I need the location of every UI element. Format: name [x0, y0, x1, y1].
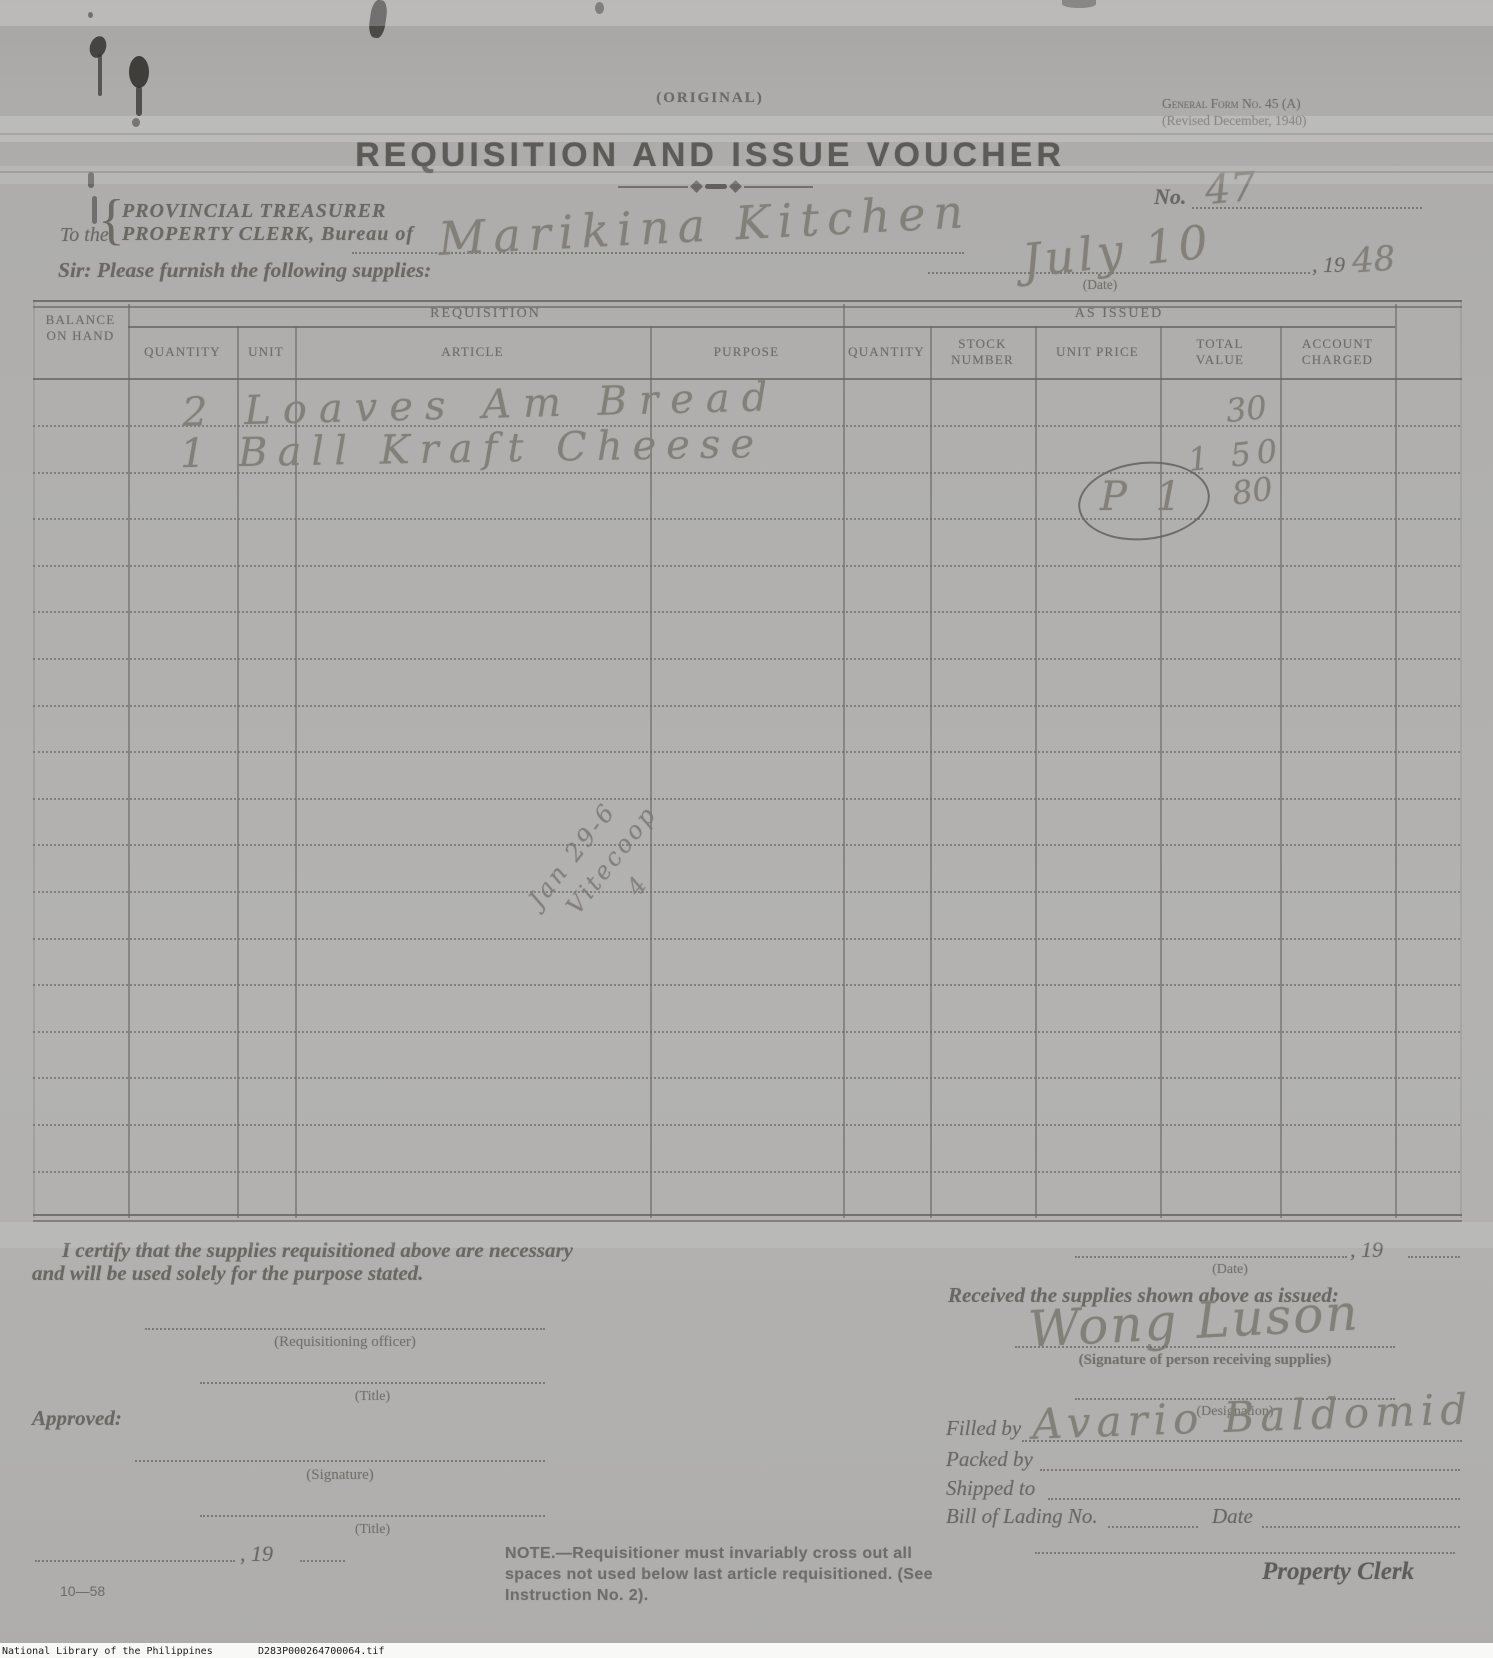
right-date-line-2 [1408, 1256, 1460, 1258]
filled-by-label: Filled by [946, 1416, 1021, 1441]
receiver-signature-line [1015, 1346, 1395, 1348]
table-row-line [33, 658, 1460, 660]
title-caption-2: (Title) [200, 1522, 545, 1538]
shipped-to-label: Shipped to [946, 1476, 1035, 1501]
table-row-line [33, 891, 1460, 893]
table-row-line [33, 518, 1460, 520]
addressee-line1: PROVINCIAL TREASURER [122, 200, 386, 223]
requisitioning-officer-line [145, 1328, 545, 1330]
left-date-line [35, 1560, 235, 1562]
table-row-line [33, 1031, 1460, 1033]
title-line-2 [200, 1515, 545, 1517]
date-caption: (Date) [1030, 277, 1170, 293]
grand-total-cents: 80 [1230, 469, 1276, 512]
table-row-line [33, 751, 1460, 753]
ink-stain [88, 12, 93, 18]
bill-of-lading-line [1108, 1526, 1198, 1528]
ornament-line [744, 186, 814, 188]
copy-label: (ORIGINAL) [560, 90, 860, 107]
table-row-line [33, 984, 1460, 986]
grand-total-value: P 1 [1100, 474, 1189, 520]
property-clerk-label: Property Clerk [1262, 1558, 1414, 1586]
right-date-caption: (Date) [1130, 1262, 1330, 1278]
ornament-diamond [690, 180, 703, 193]
form-reference: General Form No. 45 (A) (Revised Decembe… [1162, 95, 1462, 129]
ink-stain [129, 56, 149, 88]
ink-stain [367, 0, 388, 39]
packed-by-label: Packed by [946, 1447, 1033, 1472]
form-reference-line2: (Revised December, 1940) [1162, 112, 1462, 129]
certify-line1: I certify that the supplies requisitione… [62, 1238, 573, 1263]
form-code: 10—58 [60, 1583, 105, 1599]
right-year-prefix: , 19 [1350, 1237, 1383, 1263]
watermark-strip: National Library of the Philippines D283… [0, 1643, 1493, 1658]
year-value: 48 [1351, 239, 1397, 282]
entry-total-row1: 30 [1224, 388, 1268, 430]
property-clerk-line [1035, 1552, 1455, 1554]
title-ornament [618, 182, 813, 191]
receiver-caption: (Signature of person receiving supplies) [1015, 1352, 1395, 1369]
addressee-brace: { [98, 192, 125, 248]
table-row-line [33, 1124, 1460, 1126]
table-row-line [33, 798, 1460, 800]
bill-date-label: Date [1212, 1504, 1253, 1529]
watermark-filename: D283P000264700064.tif [258, 1646, 384, 1657]
ornament-diamond [729, 180, 742, 193]
addressee-line2: PROPERTY CLERK, Bureau of [122, 223, 414, 246]
bill-date-line [1262, 1526, 1460, 1528]
scan-fold-line [0, 133, 1493, 135]
scanned-voucher-page: (ORIGINAL) General Form No. 45 (A) (Revi… [0, 0, 1493, 1658]
approved-label: Approved: [32, 1406, 122, 1431]
table-row-line [33, 1171, 1460, 1173]
voucher-no-label: No. [1154, 184, 1186, 210]
right-date-line [1075, 1256, 1347, 1258]
table-row-line [33, 705, 1460, 707]
watermark-library: National Library of the Philippines [2, 1646, 213, 1657]
bill-of-lading-label: Bill of Lading No. [946, 1504, 1098, 1529]
table-row-line [33, 611, 1460, 613]
form-reference-line1: General Form No. 45 (A) [1162, 95, 1462, 112]
salutation: Sir: Please furnish the following suppli… [58, 258, 431, 283]
ink-stain [98, 54, 102, 96]
voucher-no-value: 47 [1203, 164, 1258, 214]
year-prefix: , 19 [1312, 252, 1345, 278]
table-row-line [33, 1077, 1460, 1079]
title-line [200, 1382, 545, 1384]
ink-stain [1062, 0, 1096, 8]
ink-stain [136, 86, 142, 116]
note-text: NOTE.—Requisitioner must invariably cros… [505, 1543, 960, 1606]
left-date-line-2 [300, 1560, 345, 1562]
table-row-line [33, 938, 1460, 940]
certify-line2: and will be used solely for the purpose … [32, 1261, 423, 1286]
ornament-line [618, 186, 688, 188]
scan-light-band [0, 0, 1493, 26]
signature-caption: (Signature) [135, 1467, 545, 1484]
title-caption: (Title) [200, 1389, 545, 1405]
ink-stain [132, 118, 140, 127]
ink-stain [595, 2, 604, 14]
packed-by-line [1040, 1469, 1460, 1471]
table-row-line [33, 565, 1460, 567]
requisitioning-officer-caption: (Requisitioning officer) [145, 1334, 545, 1351]
left-year-prefix: , 19 [240, 1541, 273, 1567]
table-row-line [33, 844, 1460, 846]
signature-line [135, 1460, 545, 1462]
shipped-to-line [1048, 1498, 1460, 1500]
ornament-bar [705, 184, 727, 189]
ink-stain [92, 196, 97, 224]
